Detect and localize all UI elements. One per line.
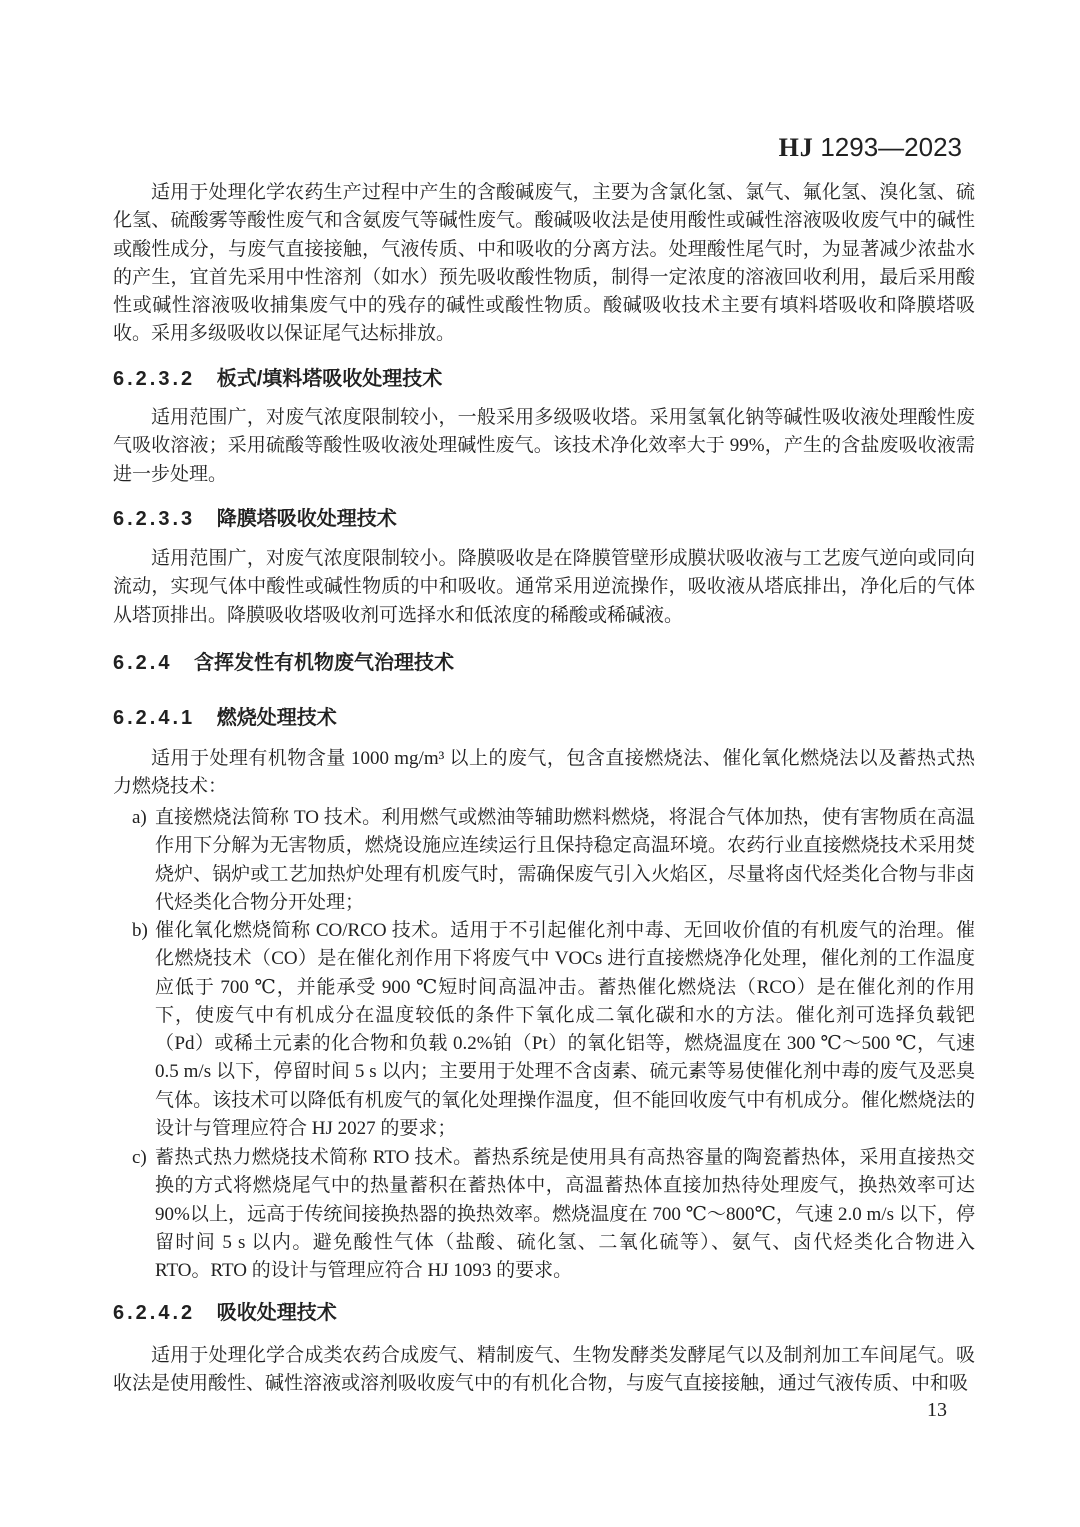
list-item-c: c) 蓄热式热力燃烧技术简称 RTO 技术。蓄热系统是使用具有高热容量的陶瓷蓄热… bbox=[113, 1144, 975, 1285]
doc-code-number: 1293—2023 bbox=[820, 132, 962, 162]
doc-code-prefix: HJ bbox=[779, 133, 814, 162]
list-item-label: c) bbox=[132, 1144, 147, 1172]
list-item-label: b) bbox=[132, 917, 148, 945]
section-heading-6-2-3-2: 6.2.3.2 板式/填料塔吸收处理技术 bbox=[113, 365, 975, 393]
section-heading-6-2-3-3: 6.2.3.3 降膜塔吸收处理技术 bbox=[113, 505, 975, 533]
list-item-text: 直接燃烧法简称 TO 技术。利用燃气或燃油等辅助燃料燃烧，将混合气体加热，使有害… bbox=[155, 807, 975, 913]
list-item-label: a) bbox=[132, 804, 147, 832]
paragraph-6-2-3-3: 适用范围广，对废气浓度限制较小。降膜吸收是在降膜管壁形成膜状吸收液与工艺废气逆向… bbox=[113, 545, 975, 630]
list-item-text: 催化氧化燃烧简称 CO/RCO 技术。适用于不引起催化剂中毒、无回收价值的有机废… bbox=[155, 920, 975, 1139]
section-number: 6.2.3.3 bbox=[113, 508, 195, 530]
document-code-header: HJ 1293—2023 bbox=[779, 132, 962, 163]
list-item-a: a) 直接燃烧法简称 TO 技术。利用燃气或燃油等辅助燃料燃烧，将混合气体加热，… bbox=[113, 804, 975, 917]
paragraph-6-2-4-2: 适用于处理化学合成类农药合成废气、精制废气、生物发酵类发酵尾气以及制剂加工车间尾… bbox=[113, 1342, 975, 1399]
document-page: HJ 1293—2023 适用于处理化学农药生产过程中产生的含酸碱废气，主要为含… bbox=[0, 0, 1080, 1527]
section-title: 吸收处理技术 bbox=[217, 1302, 337, 1324]
section-title: 板式/填料塔吸收处理技术 bbox=[217, 368, 443, 390]
list-item-b: b) 催化氧化燃烧简称 CO/RCO 技术。适用于不引起催化剂中毒、无回收价值的… bbox=[113, 917, 975, 1143]
section-number: 6.2.3.2 bbox=[113, 368, 195, 390]
paragraph-6-2-4-1: 适用于处理有机物含量 1000 mg/m³ 以上的废气，包含直接燃烧法、催化氧化… bbox=[113, 745, 975, 802]
intro-paragraph: 适用于处理化学农药生产过程中产生的含酸碱废气，主要为含氯化氢、氯气、氟化氢、溴化… bbox=[113, 179, 975, 349]
section-heading-6-2-4-2: 6.2.4.2 吸收处理技术 bbox=[113, 1299, 975, 1327]
section-title: 燃烧处理技术 bbox=[217, 707, 337, 729]
section-number: 6.2.4.1 bbox=[113, 707, 195, 729]
page-number: 13 bbox=[927, 1396, 947, 1424]
section-number: 6.2.4 bbox=[113, 652, 172, 674]
list-item-text: 蓄热式热力燃烧技术简称 RTO 技术。蓄热系统是使用具有高热容量的陶瓷蓄热体，采… bbox=[155, 1147, 975, 1281]
section-heading-6-2-4-1: 6.2.4.1 燃烧处理技术 bbox=[113, 704, 975, 732]
section-title: 含挥发性有机物废气治理技术 bbox=[194, 652, 454, 674]
section-number: 6.2.4.2 bbox=[113, 1302, 195, 1324]
section-title: 降膜塔吸收处理技术 bbox=[217, 508, 397, 530]
section-heading-6-2-4: 6.2.4 含挥发性有机物废气治理技术 bbox=[113, 649, 975, 677]
paragraph-6-2-3-2: 适用范围广，对废气浓度限制较小，一般采用多级吸收塔。采用氢氧化钠等碱性吸收液处理… bbox=[113, 404, 975, 489]
